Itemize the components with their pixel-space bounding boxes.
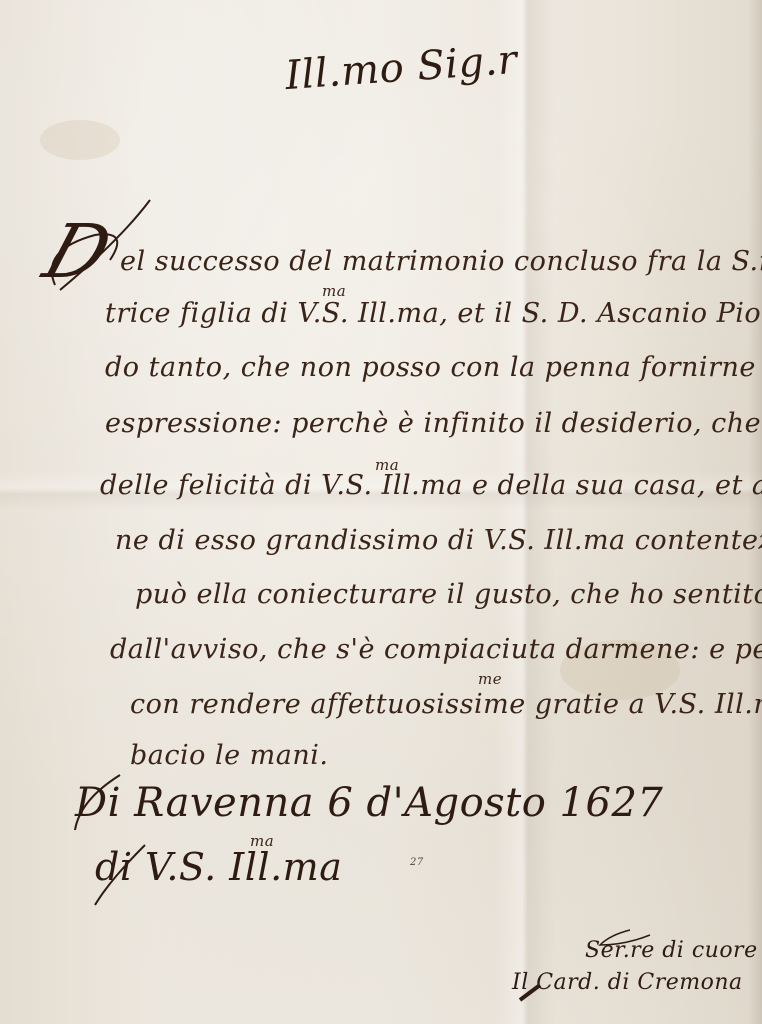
- letter-line-5: delle felicità di V.S. Ill.ma e della su…: [100, 472, 762, 499]
- place-date: Di Ravenna 6 d'Agosto 1627: [75, 780, 663, 826]
- paper-stain: [40, 120, 120, 160]
- letter-line-1: el successo del matrimonio concluso fra …: [120, 248, 762, 275]
- letter-line-3: do tanto, che non posso con la penna for…: [105, 354, 762, 381]
- letter-line-8: dall'avviso, che s'è compiaciuta darmene…: [110, 636, 762, 663]
- letter-line-9: con rendere affettuosissime gratie a V.S…: [130, 691, 762, 718]
- letter-line-6: ne di esso grandissimo di V.S. Ill.ma co…: [115, 527, 762, 554]
- letter-line-4: espressione: perchè è infinito il deside…: [105, 410, 762, 437]
- letter-line-10: bacio le mani.: [130, 742, 328, 769]
- paper-fold-vertical: [495, 0, 555, 1024]
- superscript-abbr: ma: [375, 456, 399, 474]
- superscript-abbr: me: [478, 670, 502, 688]
- letter-line-2: trice figlia di V.S. Ill.ma, et il S. D.…: [105, 300, 762, 327]
- superscript-abbr: ma: [322, 282, 346, 300]
- signature-line-1: Ser.re di cuore: [585, 938, 758, 963]
- superscript-abbr: ma: [250, 832, 274, 850]
- paper-edge-shadow: [748, 0, 762, 1024]
- page-marker: 27: [410, 857, 424, 868]
- signature-line-2: Il Card. di Cremona: [512, 970, 743, 995]
- closing-address: di V.S. Ill.ma: [95, 845, 342, 889]
- letter-line-7: può ella coniecturare il gusto, che ho s…: [135, 581, 762, 608]
